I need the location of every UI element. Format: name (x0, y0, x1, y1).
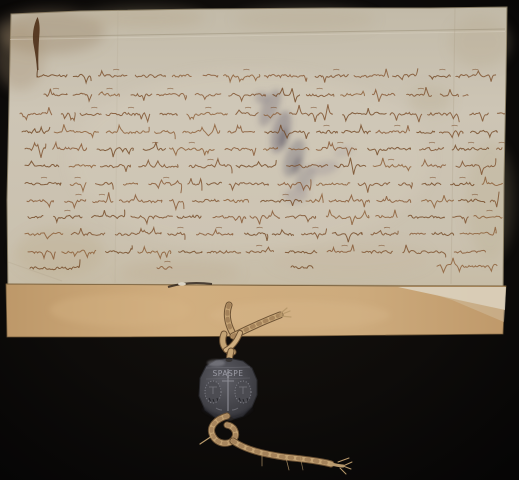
parchment-sheet (0, 7, 514, 300)
lead-bulla-seal: SPASPE (199, 358, 257, 421)
seal-head-right (235, 381, 251, 403)
archival-photo-of-charter: SPASPE (0, 0, 519, 480)
seal-head-left (205, 381, 221, 403)
